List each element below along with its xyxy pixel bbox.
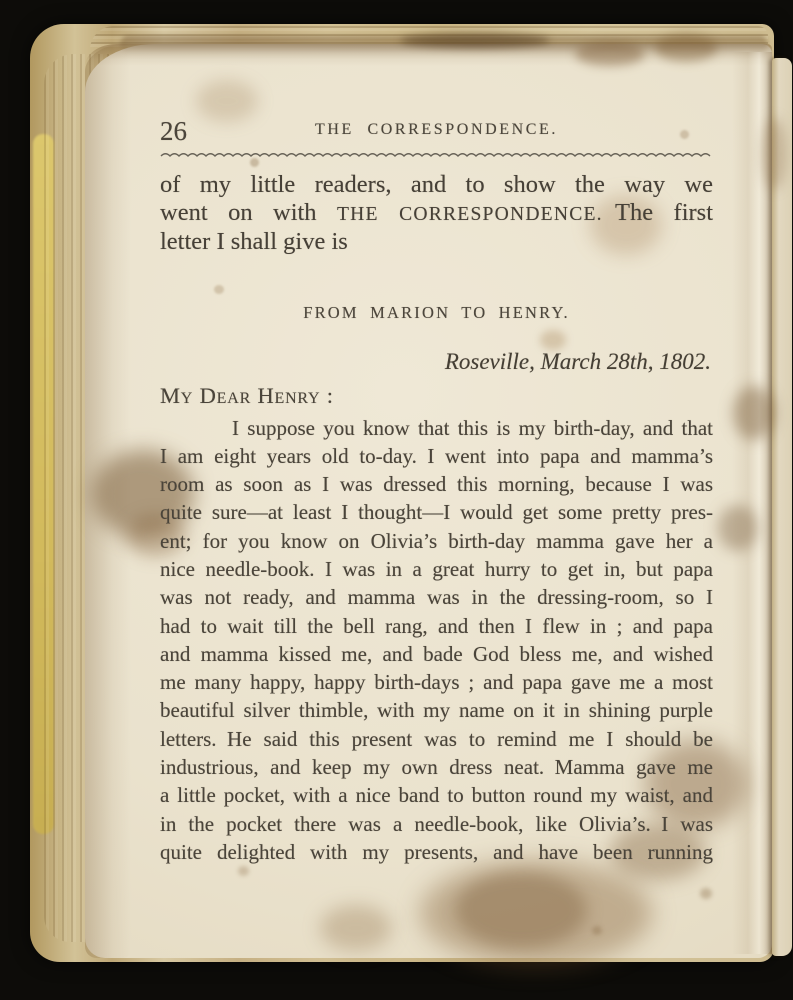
body-line: room as soon as I was dressed this morni… (160, 470, 713, 498)
body-line: ent; for you know on Olivia’s birth-day … (160, 527, 713, 555)
body-line: me many happy, happy birth-days ; and pa… (160, 668, 713, 696)
letter-dateline: Roseville, March 28th, 1802. (160, 349, 713, 375)
body-line: I am eight years old to-day. I went into… (160, 442, 713, 470)
body-line: I suppose you know that this is my birth… (160, 414, 713, 442)
intro-line: of my little readers, and to show the wa… (160, 171, 713, 199)
body-line: industrious, and keep my own dress neat.… (160, 753, 713, 781)
body-line: in the pocket there was a needle-book, l… (160, 810, 713, 838)
body-line: letters. He said this present was to rem… (160, 725, 713, 753)
body-line: quite sure—at least I thought—I would ge… (160, 498, 713, 526)
next-page-edge (772, 58, 792, 956)
letter-body: I suppose you know that this is my birth… (160, 414, 713, 867)
wavy-rule (160, 150, 713, 160)
page-content: 26 THE CORRESPONDENCE. of my little read… (160, 114, 713, 866)
intro-line2-pre: went on with (160, 199, 337, 226)
body-line: beautiful silver thimble, with my name o… (160, 696, 713, 724)
letter-salutation: My Dear Henry : (160, 383, 713, 409)
body-line: nice needle-book. I was in a great hurry… (160, 555, 713, 583)
body-line: quite delighted with my presents, and ha… (160, 838, 713, 866)
body-line: was not ready, and mamma was in the dres… (160, 583, 713, 611)
intro-paragraph: of my little readers, and to show the wa… (160, 171, 713, 256)
intro-line2-post: The first (603, 199, 713, 226)
intro-line: went on with THE CORRESPONDENCE. The fir… (160, 199, 713, 229)
body-line: a little pocket, with a nice band to but… (160, 781, 713, 809)
smallcaps-book-title: THE CORRESPONDENCE. (337, 204, 603, 225)
running-title: THE CORRESPONDENCE. (160, 121, 713, 139)
page-header: 26 THE CORRESPONDENCE. (160, 114, 713, 150)
body-line: had to wait till the bell rang, and then… (160, 612, 713, 640)
letter-heading: FROM MARION TO HENRY. (160, 303, 713, 323)
body-line: and mamma kissed me, and bade God bless … (160, 640, 713, 668)
wavy-rule-path (161, 154, 710, 156)
intro-line: letter I shall give is (160, 228, 713, 256)
